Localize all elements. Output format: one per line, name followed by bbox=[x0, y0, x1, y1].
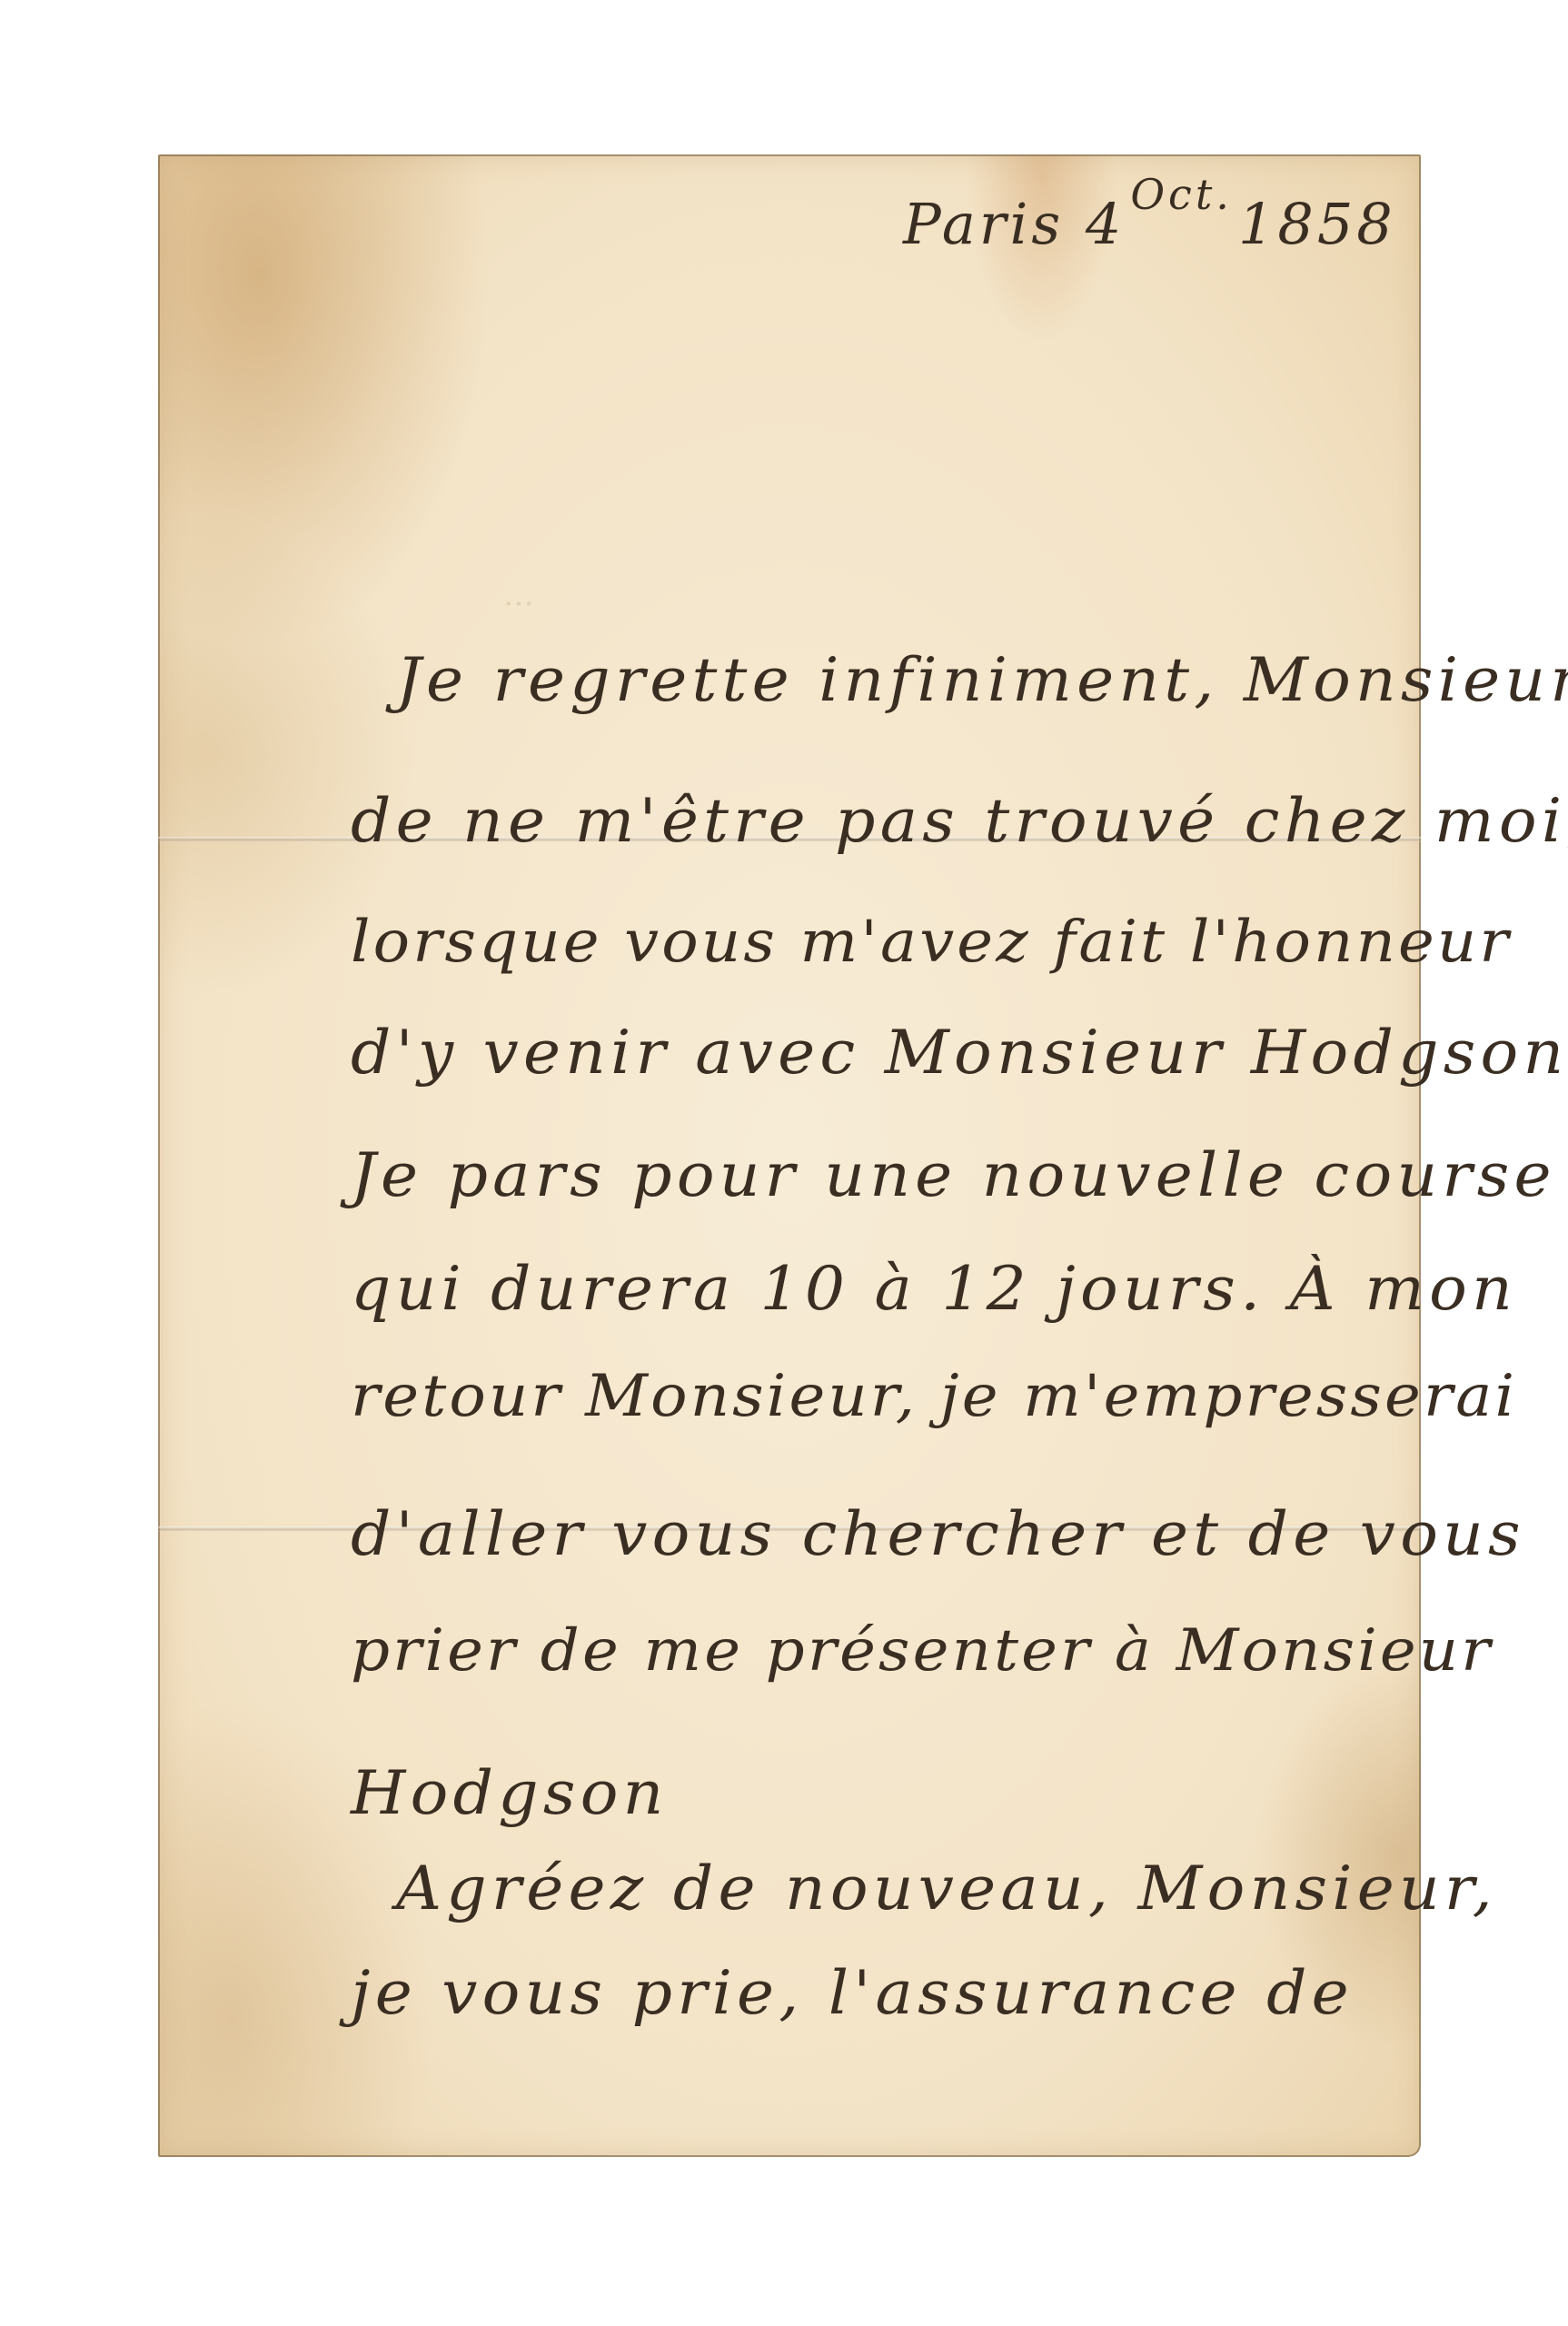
letter-line-8: d'aller vous chercher et de vous bbox=[351, 1499, 1525, 1569]
date-year: 1858 bbox=[1238, 191, 1396, 257]
letter-date: Paris 4Oct.1858 bbox=[903, 191, 1396, 257]
letter-line-4: d'y venir avec Monsieur Hodgson. bbox=[351, 1018, 1568, 1088]
letter-line-1: Je regrette infiniment, Monsieur, bbox=[396, 645, 1568, 715]
letter-line-2: de ne m'être pas trouvé chez moi, bbox=[351, 786, 1568, 856]
letter-line-9: prier de me présenter à Monsieur bbox=[351, 1617, 1494, 1685]
ink-bleed-through: … bbox=[503, 577, 540, 613]
letter-line-7: retour Monsieur, je m'empresserai bbox=[351, 1363, 1517, 1430]
letter-line-5: Je pars pour une nouvelle course bbox=[351, 1140, 1556, 1210]
letter-line-11-closing: Agréez de nouveau, Monsieur, bbox=[396, 1854, 1497, 1923]
letter-line-10: Hodgson bbox=[351, 1758, 669, 1828]
letter-line-3: lorsque vous m'avez fait l'honneur bbox=[351, 909, 1512, 976]
letter-line-6: qui durera 10 à 12 jours. À mon bbox=[351, 1254, 1517, 1324]
letter-paper: Paris 4Oct.1858 … Je regrette infiniment… bbox=[158, 154, 1421, 2157]
date-place-day: Paris 4 bbox=[903, 191, 1125, 257]
letter-line-12-closing: je vous prie, l'assurance de bbox=[351, 1958, 1354, 2028]
date-month: Oct. bbox=[1130, 170, 1233, 219]
